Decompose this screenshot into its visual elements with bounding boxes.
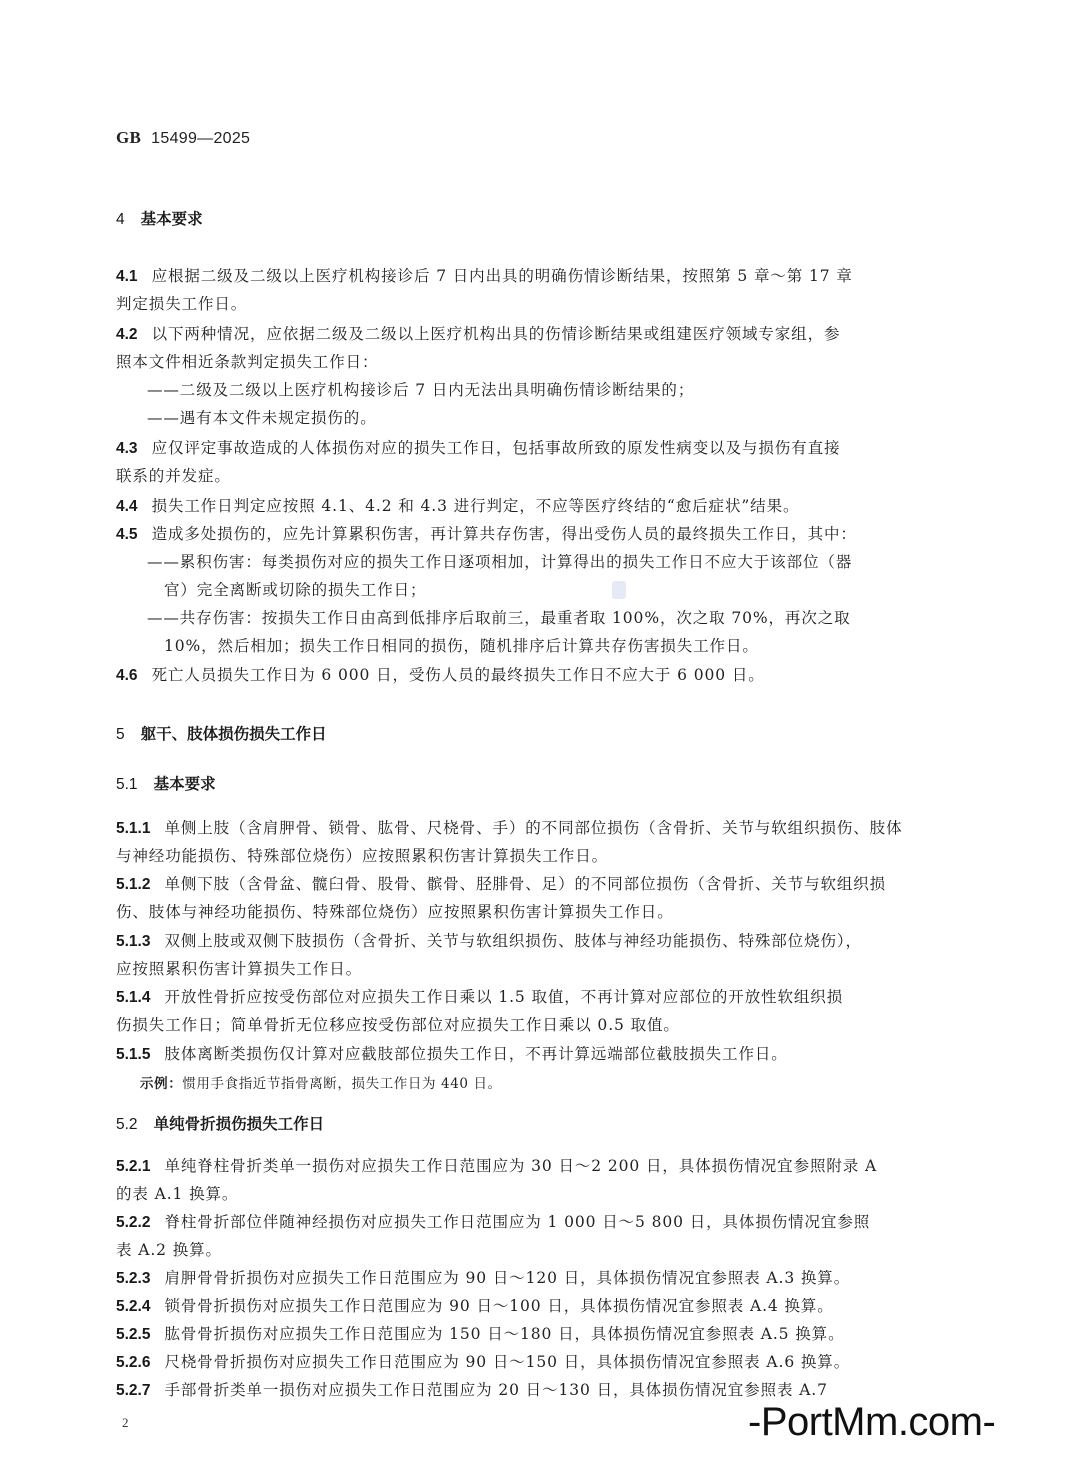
clause-4-3: 4.3应仅评定事故造成的人体损伤对应的损失工作日，包括事故所致的原发性病变以及与… [116, 438, 956, 459]
list-item: ——遇有本文件未规定损伤的。 [147, 408, 987, 428]
list-item: ——共存伤害：按损失工作日由高到低排序后取前三，最重者取 100%，次之取 70… [147, 608, 987, 628]
clause-5-2-6: 5.2.6尺桡骨骨折损伤对应损失工作日范围应为 90 日～150 日，具体损伤情… [116, 1352, 956, 1373]
clause-5-2-1: 5.2.1单纯脊柱骨折类单一损伤对应损失工作日范围应为 30 日～2 200 日… [116, 1156, 956, 1177]
document-page: GB15499—2025 4基本要求 4.1应根据二级及二级以上医疗机构接诊后 … [0, 0, 1080, 1460]
clause-5-1-2: 5.1.2单侧下肢（含骨盆、髋臼骨、股骨、髌骨、胫腓骨、足）的不同部位损伤（含骨… [116, 874, 956, 895]
standard-prefix: GB [116, 128, 141, 147]
clause-4-1-cont: 判定损失工作日。 [116, 294, 956, 314]
clause-5-1-2-cont: 伤、肢体与神经功能损伤、特殊部位烧伤）应按照累积伤害计算损失工作日。 [116, 902, 956, 922]
list-item: ——二级及二级以上医疗机构接诊后 7 日内无法出具明确伤情诊断结果的； [147, 380, 987, 400]
site-watermark: -PortMm.com- [748, 1400, 995, 1445]
clause-4-6: 4.6死亡人员损失工作日为 6 000 日，受伤人员的最终损失工作日不应大于 6… [116, 665, 956, 686]
clause-5-2-2-cont: 表 A.2 换算。 [116, 1240, 956, 1260]
section-heading-4: 4基本要求 [116, 207, 203, 229]
clause-5-1-4-cont: 伤损失工作日；简单骨折无位移应按受伤部位对应损失工作日乘以 0.5 取值。 [116, 1015, 956, 1035]
clause-5-1-5: 5.1.5肢体离断类损伤仅计算对应截肢部位损失工作日，不再计算远端部位截肢损失工… [116, 1044, 956, 1065]
clause-5-2-2: 5.2.2脊柱骨折部位伴随神经损伤对应损失工作日范围应为 1 000 日～5 8… [116, 1212, 956, 1233]
clause-5-1-3: 5.1.3双侧上肢或双侧下肢损伤（含骨折、关节与软组织损伤、肢体与神经功能损伤、… [116, 931, 956, 952]
list-item-cont: 官）完全离断或切除的损失工作日； [164, 580, 1004, 600]
clause-5-2-5: 5.2.5肱骨骨折损伤对应损失工作日范围应为 150 日～180 日，具体损伤情… [116, 1324, 956, 1345]
example-note: 示例：惯用手食指近节指骨离断，损失工作日为 440 日。 [140, 1072, 502, 1092]
scan-artifact [612, 581, 626, 599]
clause-5-1-1-cont: 与神经功能损伤、特殊部位烧伤）应按照累积伤害计算损失工作日。 [116, 846, 956, 866]
clause-4-2-cont: 照本文件相近条款判定损失工作日： [116, 352, 956, 372]
section-heading-5-1: 5.1基本要求 [116, 772, 216, 794]
page-number: 2 [122, 1415, 129, 1431]
standard-number: 15499—2025 [151, 130, 250, 147]
clause-5-1-4: 5.1.4开放性骨折应按受伤部位对应损失工作日乘以 1.5 取值，不再计算对应部… [116, 987, 956, 1008]
clause-5-2-3: 5.2.3肩胛骨骨折损伤对应损失工作日范围应为 90 日～120 日，具体损伤情… [116, 1268, 956, 1289]
clause-4-1: 4.1应根据二级及二级以上医疗机构接诊后 7 日内出具的明确伤情诊断结果，按照第… [116, 266, 956, 287]
list-item: ——累积伤害：每类损伤对应的损失工作日逐项相加，计算得出的损失工作日不应大于该部… [147, 552, 987, 572]
clause-5-2-7: 5.2.7手部骨折类单一损伤对应损失工作日范围应为 20 日～130 日，具体损… [116, 1380, 956, 1401]
section-heading-5: 5躯干、肢体损伤损失工作日 [116, 722, 327, 744]
section-heading-5-2: 5.2单纯骨折损伤损失工作日 [116, 1112, 324, 1134]
list-item-cont: 10%，然后相加；损失工作日相同的损伤，随机排序后计算共存伤害损失工作日。 [164, 636, 1004, 656]
standard-id: GB15499—2025 [116, 128, 250, 148]
clause-5-2-1-cont: 的表 A.1 换算。 [116, 1184, 956, 1204]
clause-5-1-3-cont: 应按照累积伤害计算损失工作日。 [116, 959, 956, 979]
clause-5-2-4: 5.2.4锁骨骨折损伤对应损失工作日范围应为 90 日～100 日，具体损伤情况… [116, 1296, 956, 1317]
clause-4-4: 4.4损失工作日判定应按照 4.1、4.2 和 4.3 进行判定，不应等医疗终结… [116, 496, 956, 517]
clause-4-5: 4.5造成多处损伤的，应先计算累积伤害，再计算共存伤害，得出受伤人员的最终损失工… [116, 524, 956, 545]
clause-4-2: 4.2以下两种情况，应依据二级及二级以上医疗机构出具的伤情诊断结果或组建医疗领域… [116, 324, 956, 345]
clause-5-1-1: 5.1.1单侧上肢（含肩胛骨、锁骨、肱骨、尺桡骨、手）的不同部位损伤（含骨折、关… [116, 818, 956, 839]
clause-4-3-cont: 联系的并发症。 [116, 466, 956, 486]
